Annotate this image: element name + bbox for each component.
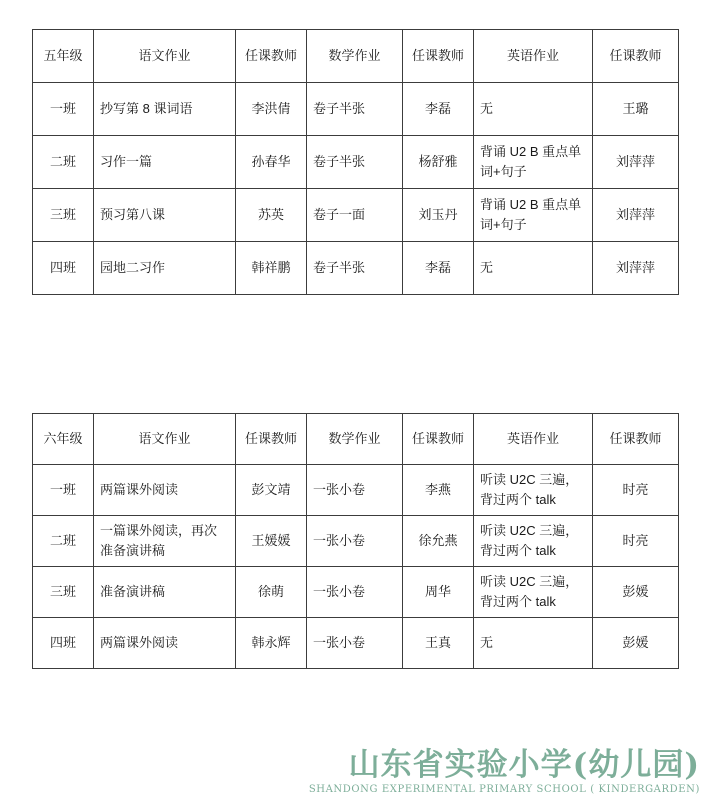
english-homework-cell: 背诵 U2 B 重点单词+句子 [474, 189, 593, 242]
math-homework-cell: 一张小卷 [307, 618, 403, 669]
math-homework-cell: 卷子半张 [307, 242, 403, 295]
class-cell: 三班 [33, 189, 94, 242]
table-header-row: 五年级 语文作业 任课教师 数学作业 任课教师 英语作业 任课教师 [33, 30, 679, 83]
table-row: 一班两篇课外阅读彭文靖一张小卷李燕听读 U2C 三遍，背过两个 talk时亮 [33, 465, 679, 516]
math-teacher-cell: 李燕 [403, 465, 474, 516]
class-cell: 四班 [33, 618, 94, 669]
chinese-teacher-cell: 苏英 [236, 189, 307, 242]
column-header-english-homework: 英语作业 [474, 414, 593, 465]
chinese-teacher-cell: 孙春华 [236, 136, 307, 189]
math-homework-cell: 一张小卷 [307, 567, 403, 618]
math-homework-cell: 一张小卷 [307, 465, 403, 516]
math-teacher-cell: 李磊 [403, 242, 474, 295]
table-row: 二班习作一篇孙春华卷子半张杨舒雅背诵 U2 B 重点单词+句子刘萍萍 [33, 136, 679, 189]
column-header-teacher: 任课教师 [236, 30, 307, 83]
english-homework-cell: 听读 U2C 三遍，背过两个 talk [474, 516, 593, 567]
class-cell: 一班 [33, 465, 94, 516]
grade-label: 六年级 [33, 414, 94, 465]
column-header-teacher: 任课教师 [403, 414, 474, 465]
grade6-homework-table: 六年级 语文作业 任课教师 数学作业 任课教师 英语作业 任课教师 一班两篇课外… [32, 413, 679, 669]
column-header-english-homework: 英语作业 [474, 30, 593, 83]
chinese-homework-cell: 预习第八课 [94, 189, 236, 242]
chinese-teacher-cell: 李洪倩 [236, 83, 307, 136]
grade-label: 五年级 [33, 30, 94, 83]
chinese-homework-cell: 两篇课外阅读 [94, 465, 236, 516]
math-teacher-cell: 李磊 [403, 83, 474, 136]
chinese-homework-cell: 习作一篇 [94, 136, 236, 189]
english-teacher-cell: 刘萍萍 [593, 136, 679, 189]
english-teacher-cell: 时亮 [593, 465, 679, 516]
chinese-homework-cell: 抄写第 8 课词语 [94, 83, 236, 136]
column-header-teacher: 任课教师 [593, 414, 679, 465]
english-teacher-cell: 时亮 [593, 516, 679, 567]
table-row: 四班两篇课外阅读韩永辉一张小卷王真无彭媛 [33, 618, 679, 669]
column-header-math-homework: 数学作业 [307, 414, 403, 465]
math-teacher-cell: 刘玉丹 [403, 189, 474, 242]
class-cell: 一班 [33, 83, 94, 136]
table-row: 三班准备演讲稿徐萌一张小卷周华听读 U2C 三遍，背过两个 talk彭媛 [33, 567, 679, 618]
english-homework-cell: 听读 U2C 三遍，背过两个 talk [474, 567, 593, 618]
chinese-teacher-cell: 徐萌 [236, 567, 307, 618]
class-cell: 四班 [33, 242, 94, 295]
english-teacher-cell: 彭媛 [593, 567, 679, 618]
school-logo: 山东省实验小学(幼儿园) SHANDONG EXPERIMENTAL PRIMA… [309, 748, 700, 796]
math-teacher-cell: 徐允燕 [403, 516, 474, 567]
english-homework-cell: 听读 U2C 三遍，背过两个 talk [474, 465, 593, 516]
math-homework-cell: 卷子半张 [307, 136, 403, 189]
chinese-teacher-cell: 王媛媛 [236, 516, 307, 567]
english-teacher-cell: 刘萍萍 [593, 242, 679, 295]
chinese-teacher-cell: 彭文靖 [236, 465, 307, 516]
class-cell: 三班 [33, 567, 94, 618]
english-teacher-cell: 刘萍萍 [593, 189, 679, 242]
english-homework-cell: 背诵 U2 B 重点单词+句子 [474, 136, 593, 189]
table-header-row: 六年级 语文作业 任课教师 数学作业 任课教师 英语作业 任课教师 [33, 414, 679, 465]
school-name-chinese: 山东省实验小学(幼儿园) [309, 748, 700, 784]
table-row: 一班抄写第 8 课词语李洪倩卷子半张李磊无王璐 [33, 83, 679, 136]
table-row: 四班园地二习作韩祥鹏卷子半张李磊无刘萍萍 [33, 242, 679, 295]
english-teacher-cell: 彭媛 [593, 618, 679, 669]
math-homework-cell: 卷子半张 [307, 83, 403, 136]
class-cell: 二班 [33, 516, 94, 567]
grade5-homework-table: 五年级 语文作业 任课教师 数学作业 任课教师 英语作业 任课教师 一班抄写第 … [32, 29, 679, 295]
chinese-homework-cell: 园地二习作 [94, 242, 236, 295]
column-header-teacher: 任课教师 [403, 30, 474, 83]
chinese-homework-cell: 一篇课外阅读，再次准备演讲稿 [94, 516, 236, 567]
document-page: 五年级 语文作业 任课教师 数学作业 任课教师 英语作业 任课教师 一班抄写第 … [0, 0, 703, 800]
math-teacher-cell: 周华 [403, 567, 474, 618]
chinese-teacher-cell: 韩祥鹏 [236, 242, 307, 295]
chinese-homework-cell: 两篇课外阅读 [94, 618, 236, 669]
chinese-teacher-cell: 韩永辉 [236, 618, 307, 669]
table-row: 二班一篇课外阅读，再次准备演讲稿王媛媛一张小卷徐允燕听读 U2C 三遍，背过两个… [33, 516, 679, 567]
table-row: 三班预习第八课苏英卷子一面刘玉丹背诵 U2 B 重点单词+句子刘萍萍 [33, 189, 679, 242]
english-homework-cell: 无 [474, 242, 593, 295]
math-homework-cell: 一张小卷 [307, 516, 403, 567]
chinese-homework-cell: 准备演讲稿 [94, 567, 236, 618]
class-cell: 二班 [33, 136, 94, 189]
math-homework-cell: 卷子一面 [307, 189, 403, 242]
column-header-chinese-homework: 语文作业 [94, 30, 236, 83]
english-homework-cell: 无 [474, 83, 593, 136]
math-teacher-cell: 王真 [403, 618, 474, 669]
english-teacher-cell: 王璐 [593, 83, 679, 136]
math-teacher-cell: 杨舒雅 [403, 136, 474, 189]
column-header-chinese-homework: 语文作业 [94, 414, 236, 465]
column-header-teacher: 任课教师 [593, 30, 679, 83]
column-header-teacher: 任课教师 [236, 414, 307, 465]
school-name-english: SHANDONG EXPERIMENTAL PRIMARY SCHOOL ( K… [309, 784, 700, 796]
column-header-math-homework: 数学作业 [307, 30, 403, 83]
english-homework-cell: 无 [474, 618, 593, 669]
